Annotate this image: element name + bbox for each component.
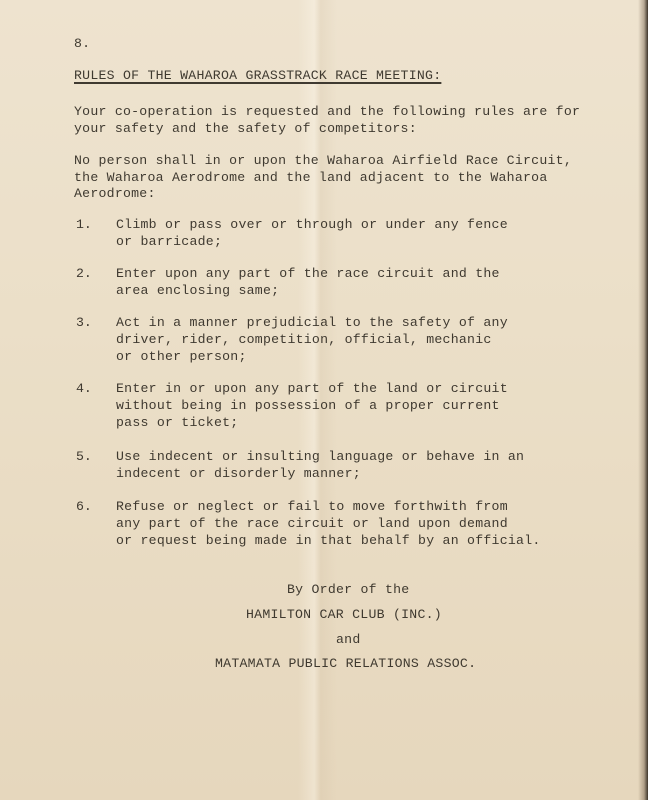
rule-text-line: pass or ticket; — [116, 415, 238, 431]
rule-text-line: Use indecent or insulting language or be… — [116, 449, 524, 465]
organization-hamilton-car-club: HAMILTON CAR CLUB (INC.) — [246, 607, 442, 623]
rule-number: 1. — [76, 217, 92, 233]
preamble-line-2: the Waharoa Aerodrome and the land adjac… — [74, 170, 548, 186]
rule-number: 3. — [76, 315, 92, 331]
rule-text-line: Act in a manner prejudicial to the safet… — [116, 315, 508, 331]
rule-text-line: indecent or disorderly manner; — [116, 466, 361, 482]
rule-number: 6. — [76, 499, 92, 515]
rule-text-line: Enter upon any part of the race circuit … — [116, 266, 500, 282]
rule-text-line: or request being made in that behalf by … — [116, 533, 541, 549]
rule-number: 4. — [76, 381, 92, 397]
rule-text-line: any part of the race circuit or land upo… — [116, 516, 508, 532]
rule-number: 2. — [76, 266, 92, 282]
preamble-line-3: Aerodrome: — [74, 186, 156, 202]
rule-number: 5. — [76, 449, 92, 465]
rule-text-line: driver, rider, competition, official, me… — [116, 332, 492, 348]
rule-text-line: area enclosing same; — [116, 283, 279, 299]
page-number: 8. — [74, 36, 90, 52]
intro-line-1: Your co-operation is requested and the f… — [74, 104, 580, 120]
by-order-line: By Order of the — [287, 582, 409, 598]
conjunction-and: and — [336, 632, 361, 648]
preamble-line-1: No person shall in or upon the Waharoa A… — [74, 153, 572, 169]
rule-text-line: or other person; — [116, 349, 247, 365]
rule-text-line: Enter in or upon any part of the land or… — [116, 381, 508, 397]
rule-text-line: Refuse or neglect or fail to move forthw… — [116, 499, 508, 515]
rule-text-line: Climb or pass over or through or under a… — [116, 217, 508, 233]
document-page: 8. RULES OF THE WAHAROA GRASSTRACK RACE … — [0, 0, 648, 800]
rule-text-line: or barricade; — [116, 234, 222, 250]
organization-matamata-pra: MATAMATA PUBLIC RELATIONS ASSOC. — [215, 656, 476, 672]
document-heading: RULES OF THE WAHAROA GRASSTRACK RACE MEE… — [74, 68, 441, 84]
rule-text-line: without being in possession of a proper … — [116, 398, 500, 414]
intro-line-2: your safety and the safety of competitor… — [74, 121, 417, 137]
